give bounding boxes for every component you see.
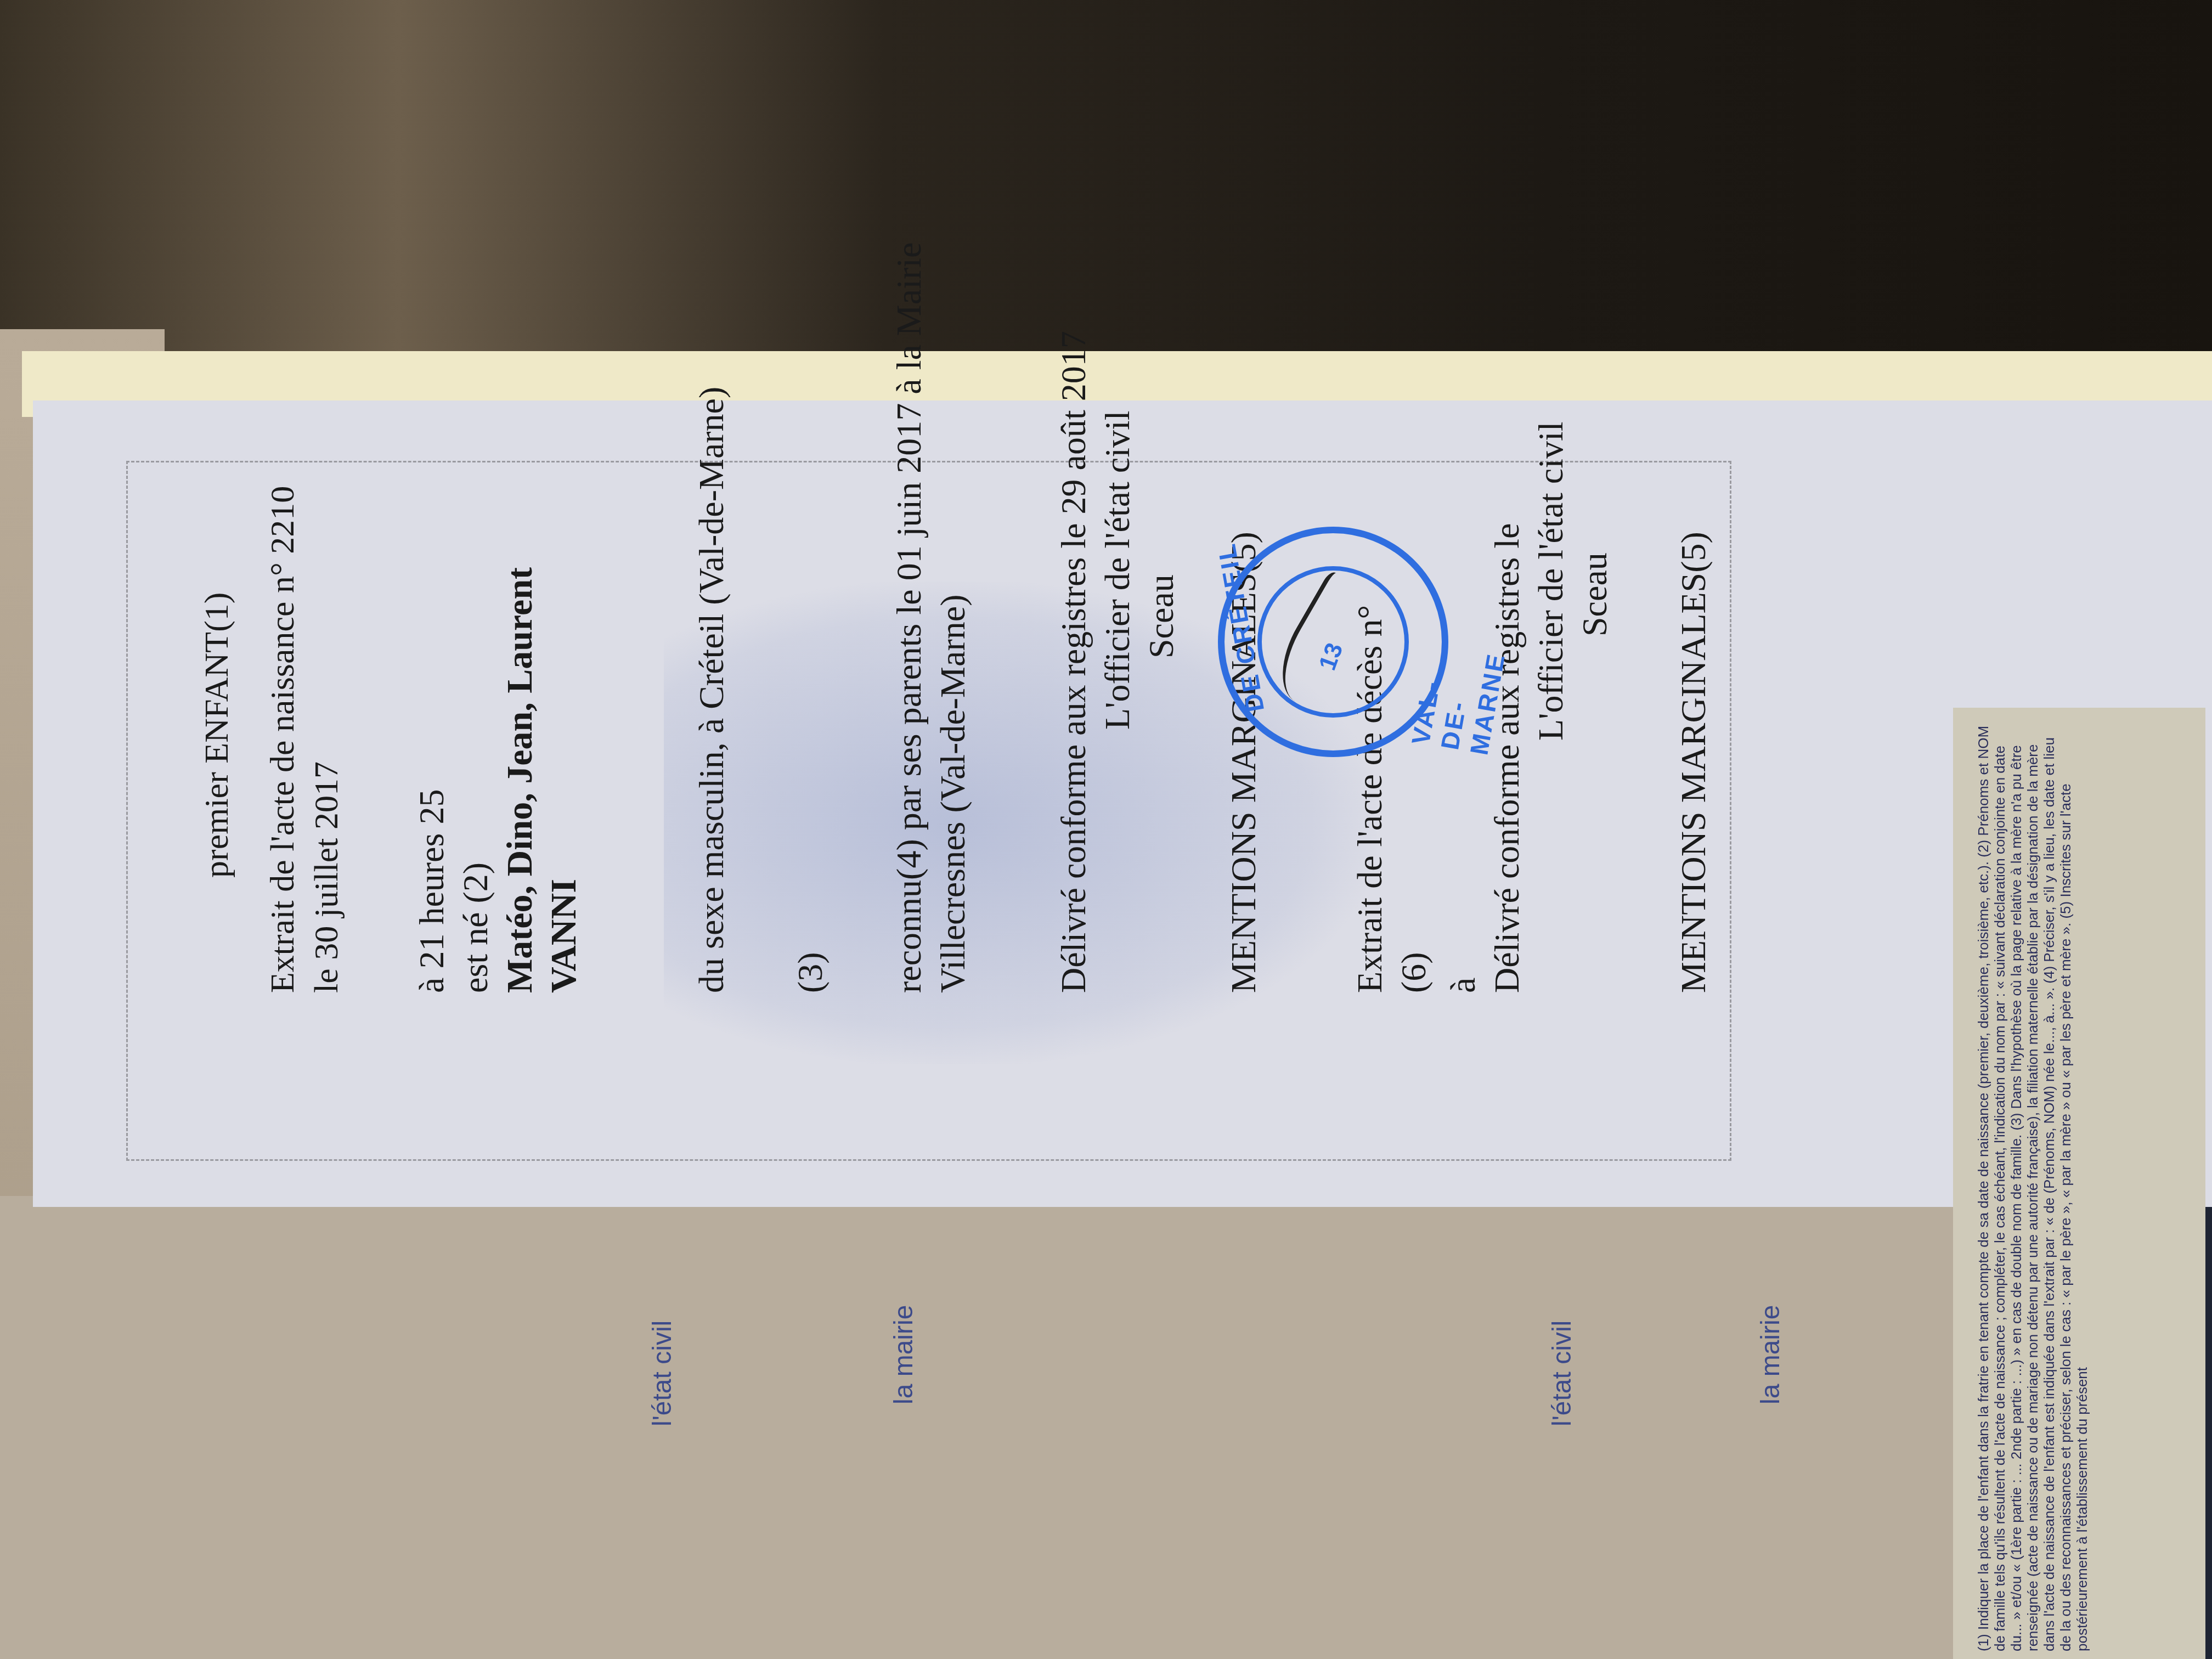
recognition-line-1: reconnu(4) par ses parents le 01 juin 20…	[889, 242, 929, 993]
stamp-bottom-text: VAL-DE-MARNE	[1406, 640, 1511, 757]
date-line: le 30 juillet 2017	[307, 761, 346, 993]
given-names: Matéo, Dino, Jean, Laurent	[499, 567, 541, 993]
left-page-label: l'état civil	[1547, 1321, 1577, 1426]
mentions-marginales-2: MENTIONS MARGINALES(5)	[1673, 532, 1714, 993]
note-3: (3)	[790, 952, 831, 993]
rank-line: premier ENFANT(1)	[198, 592, 236, 878]
left-page-label: la mairie	[1756, 1305, 1786, 1404]
officer-line: L'officier de l'état civil	[1097, 410, 1138, 730]
officer-line-2: L'officier de l'état civil	[1531, 421, 1571, 741]
footnotes-block: (1) Indiquer la place de l'enfant dans l…	[1953, 708, 2205, 1659]
delivered-line: Délivré conforme aux registres le 29 aoû…	[1053, 331, 1094, 993]
born-line: est né (2)	[455, 862, 496, 993]
recognition-line-2: Villecresnes (Val-de-Marne)	[933, 595, 973, 993]
footnotes-text: (1) Indiquer la place de l'enfant dans l…	[1975, 719, 2090, 1651]
time-line: à 21 heures 25	[411, 789, 452, 993]
livret-left-page: l'état civil la mairie l'état civil la m…	[0, 1196, 2146, 1659]
header-line: Extrait de l'acte de naissance n° 2210	[263, 486, 302, 993]
seal-line-2: Sceau	[1575, 552, 1615, 636]
note-6: (6)	[1393, 952, 1434, 993]
a-line: à	[1443, 978, 1483, 993]
left-page-label: l'état civil	[647, 1321, 678, 1426]
left-page-label: la mairie	[889, 1305, 919, 1404]
birth-certificate-page: Extrait de l'acte de naissance n° 2210 l…	[33, 400, 2212, 1207]
surname: VANNI	[543, 879, 585, 993]
delivered-line-2: Délivré conforme aux registres le	[1487, 523, 1527, 993]
seal-line: Sceau	[1141, 574, 1182, 658]
sex-line: du sexe masculin, à Créteil (Val-de-Marn…	[691, 387, 732, 993]
